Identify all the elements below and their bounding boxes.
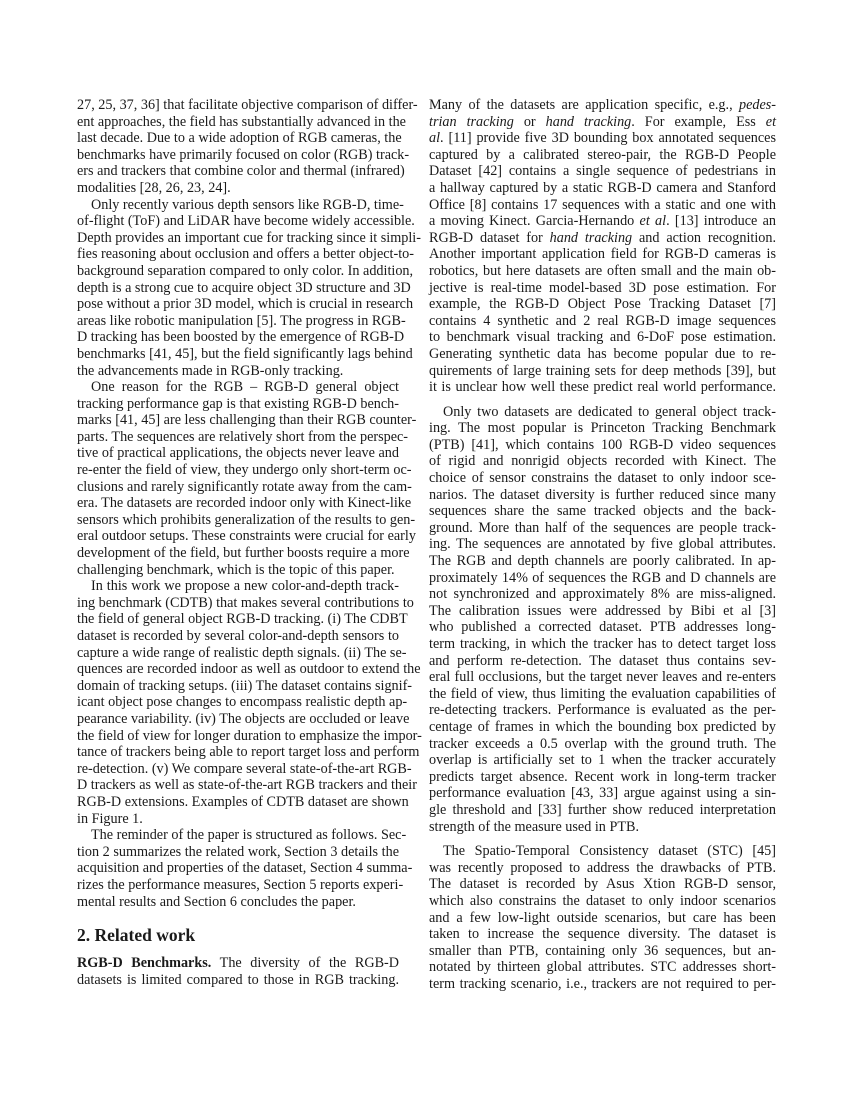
text-line: Only recently various depth sensors like… (77, 197, 399, 214)
text-line: not synchronized and approximately 8% ar… (429, 586, 776, 603)
text-line: One reason for the RGB – RGB-D general o… (77, 379, 399, 396)
text-line: marks [41, 45] are less challenging than… (77, 412, 399, 429)
text-line: RGB-D extensions. Examples of CDTB datas… (77, 794, 399, 811)
text-line: notated by thirteen global attributes. S… (429, 959, 776, 976)
text-line: of-flight (ToF) and LiDAR have become wi… (77, 213, 399, 230)
text-line: the field of general object RGB-D tracki… (77, 611, 399, 628)
text-line: taken to increase the sequence diversity… (429, 926, 776, 943)
text-line: term tracking scenario, i.e., trackers a… (429, 976, 776, 993)
text-line: rizes the performance measures, Section … (77, 877, 399, 894)
paragraph-gap (429, 396, 776, 404)
text-line: The dataset is recorded by Asus Xtion RG… (429, 876, 776, 893)
text-line: development of the field, but further bo… (77, 545, 399, 562)
text-line: captured by a calibrated stereo-pair, th… (429, 147, 776, 164)
paragraph-paper-structure: The reminder of the paper is structured … (77, 827, 399, 910)
text-line: capture a wide range of realistic depth … (77, 645, 399, 662)
text-line: datasets is limited compared to those in… (77, 972, 399, 989)
paragraph-depth-sensors: Only recently various depth sensors like… (77, 197, 399, 380)
text-line: of rigid and nonrigid objects recorded w… (429, 453, 776, 470)
text-line: and a few low-light outside scenarios, b… (429, 910, 776, 927)
text-line: clusions and rarely significantly rotate… (77, 479, 399, 496)
text-line: (PTB) [41], which contains 100 RGB-D vid… (429, 437, 776, 454)
text-line: ing. The sequences are annotated by five… (429, 536, 776, 553)
text-line: mental results and Section 6 concludes t… (77, 894, 399, 911)
text-line: re-detection. (v) We compare several sta… (77, 761, 399, 778)
text-line: contains 4 synthetic and 2 real RGB-D im… (429, 313, 776, 330)
text-line: sequences share the same tracked objects… (429, 503, 776, 520)
text-line: gle threshold and [33] further show redu… (429, 802, 776, 819)
text-line: quirements of large training sets for de… (429, 363, 776, 380)
text-line: sensors which prohibits generalization o… (77, 512, 399, 529)
text-line: who published a corrected dataset. PTB a… (429, 619, 776, 636)
paragraph-performance-gap: One reason for the RGB – RGB-D general o… (77, 379, 399, 578)
text-line: in Figure 1. (77, 811, 399, 828)
text-line: Many of the datasets are application spe… (429, 97, 776, 114)
text-line: acquisition and properties of the datase… (77, 860, 399, 877)
text-line: parts. The sequences are relatively shor… (77, 429, 399, 446)
text-line: icant object pose changes to encompass r… (77, 694, 399, 711)
text-line: ent approaches, the field has substantia… (77, 114, 399, 131)
text-line: benchmarks [41, 45], but the field signi… (77, 346, 399, 363)
text-line: tracker exceeds a 0.5 overlap with the g… (429, 736, 776, 753)
text-line: domain of tracking setups. (iii) The dat… (77, 678, 399, 695)
text-line: re-enter the field of view, they undergo… (77, 462, 399, 479)
text-line: predicts target absence. Recent work in … (429, 769, 776, 786)
text-line: The calibration issues were addressed by… (429, 603, 776, 620)
text-line: The RGB and depth channels are poorly ca… (429, 553, 776, 570)
text-line: re-detecting trackers. Performance is ev… (429, 702, 776, 719)
text-line: D trackers as well as state-of-the-art R… (77, 777, 399, 794)
text-line: dataset is recorded by several color-and… (77, 628, 399, 645)
text-line: 27, 25, 37, 36] that facilitate objectiv… (77, 97, 399, 114)
text-line: era. The datasets are recorded indoor on… (77, 495, 399, 512)
text-line: Only two datasets are dedicated to gener… (429, 404, 776, 421)
text-line: term tracking, in which the tracker has … (429, 636, 776, 653)
text-line: fies reasoning about occlusion and offer… (77, 246, 399, 263)
text-line: example, the RGB-D Object Pose Tracking … (429, 296, 776, 313)
text-line: choice of sensor constrains the dataset … (429, 470, 776, 487)
text-line: Another important application field for … (429, 246, 776, 263)
text-line: eral full occlusions, but the target nev… (429, 669, 776, 686)
text-line: modalities [28, 26, 23, 24]. (77, 180, 399, 197)
text-line: the field of view for longer duration to… (77, 728, 399, 745)
text-line: tance of trackers being able to report t… (77, 744, 399, 761)
text-line: a moving Kinect. Garcia-Hernando et al. … (429, 213, 776, 230)
text-line: al. [11] provide five 3D bounding box an… (429, 130, 776, 147)
text-line: last decade. Due to a wide adoption of R… (77, 130, 399, 147)
text-line: ing. The most popular is Princeton Track… (429, 420, 776, 437)
text-line: centage of frames in which the bounding … (429, 719, 776, 736)
text-line: a hallway captured by a static RGB-D cam… (429, 180, 776, 197)
left-column: 27, 25, 37, 36] that facilitate objectiv… (77, 97, 399, 988)
text-line: and perform re-detection. The dataset th… (429, 653, 776, 670)
text-line: tion 2 summarizes the related work, Sect… (77, 844, 399, 861)
section-heading-related-work: 2. Related work (77, 924, 399, 946)
text-line: RGB-D Benchmarks. The diversity of the R… (77, 955, 399, 972)
text-line: it is unclear how well these predict rea… (429, 379, 776, 396)
text-line: In this work we propose a new color-and-… (77, 578, 399, 595)
text-line: RGB-D dataset for hand tracking and acti… (429, 230, 776, 247)
text-line: was recently proposed to address the dra… (429, 860, 776, 877)
paragraph-stc: The Spatio-Temporal Consistency dataset … (429, 843, 776, 992)
text-line: proximately 14% of sequences the RGB and… (429, 570, 776, 587)
text-line: Depth provides an important cue for trac… (77, 230, 399, 247)
text-line: ers and trackers that combine color and … (77, 163, 399, 180)
text-line: The reminder of the paper is structured … (77, 827, 399, 844)
text-line: D tracking has been boosted by the emerg… (77, 329, 399, 346)
text-line: tive of practical applications, the obje… (77, 445, 399, 462)
runin-heading: RGB-D Benchmarks. (77, 955, 211, 971)
text-line: Dataset [42] contains a single sequence … (429, 163, 776, 180)
text-line: background separation compared to only c… (77, 263, 399, 280)
text-line: pearance variability. (iv) The objects a… (77, 711, 399, 728)
text-line: narios. The dataset diversity is further… (429, 487, 776, 504)
text-line: ground. More than half of the sequences … (429, 520, 776, 537)
text-line: which also constrains the dataset to onl… (429, 893, 776, 910)
text-line: tracking performance gap is that existin… (77, 396, 399, 413)
text-line: The Spatio-Temporal Consistency dataset … (429, 843, 776, 860)
paragraph-rgbd-benchmarks: RGB-D Benchmarks. The diversity of the R… (77, 955, 399, 988)
text-line: challenging benchmark, which is the topi… (77, 562, 399, 579)
text-line: the advancements made in RGB-only tracki… (77, 363, 399, 380)
text-line: overlap is artificially set to 1 when th… (429, 752, 776, 769)
text-line: depth is a strong cue to acquire object … (77, 280, 399, 297)
paragraph-application-specific: Many of the datasets are application spe… (429, 97, 776, 396)
text-line: trian tracking or hand tracking. For exa… (429, 114, 776, 131)
right-column: Many of the datasets are application spe… (429, 97, 776, 992)
text-line: benchmarks have primarily focused on col… (77, 147, 399, 164)
text-line: robotics, but here datasets are often sm… (429, 263, 776, 280)
text-fragment: The diversity of the RGB-D (220, 955, 399, 971)
text-line: smaller than PTB, containing only 36 seq… (429, 943, 776, 960)
text-line: performance evaluation [43, 33] argue ag… (429, 785, 776, 802)
text-line: the field of view, thus limiting the eva… (429, 686, 776, 703)
text-line: Office [8] contains 17 sequences with a … (429, 197, 776, 214)
text-line: eral outdoor setups. These constraints w… (77, 528, 399, 545)
text-line: to benchmark visual tracking and 6-DoF p… (429, 329, 776, 346)
text-line: jective is real-time model-based 3D pose… (429, 280, 776, 297)
text-line: pose without a prior 3D model, which is … (77, 296, 399, 313)
text-line: quences are recorded indoor as well as o… (77, 661, 399, 678)
text-line: Generating synthetic data has become pop… (429, 346, 776, 363)
paragraph-contributions: In this work we propose a new color-and-… (77, 578, 399, 827)
paragraph-gap (429, 835, 776, 843)
paragraph-benchmarks-intro-continued: 27, 25, 37, 36] that facilitate objectiv… (77, 97, 399, 197)
paragraph-ptb: Only two datasets are dedicated to gener… (429, 404, 776, 835)
text-line: areas like robotic manipulation [5]. The… (77, 313, 399, 330)
text-line: ing benchmark (CDTB) that makes several … (77, 595, 399, 612)
text-line: strength of the measure used in PTB. (429, 819, 776, 836)
